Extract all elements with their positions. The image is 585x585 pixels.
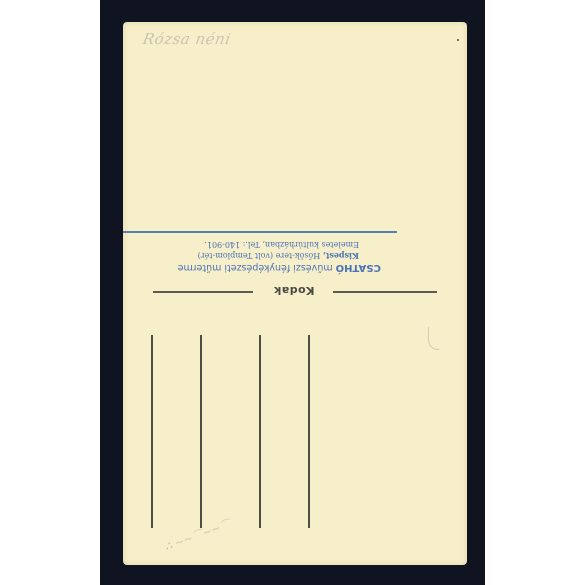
- handwritten-pencil-note: Rózsa néni: [141, 30, 232, 48]
- divider-rule-right: [333, 291, 437, 293]
- studio-description: művészi fényképészeti műterme: [178, 262, 333, 273]
- studio-name: CSATHÓ: [336, 262, 381, 273]
- stamp-line-3: Emeletes kultúrházban, Tel.: 140-901.: [151, 239, 381, 250]
- photographer-stamp: CSATHÓ művészi fényképészeti műterme Kis…: [151, 233, 381, 273]
- ink-smudge: ∴: [163, 539, 174, 554]
- address-line-4: [308, 335, 310, 528]
- address-line-3: [259, 335, 261, 528]
- address-line-2: [200, 335, 202, 528]
- stamp-city: Kispest,: [323, 251, 359, 261]
- kodak-divider: Kodak: [153, 284, 437, 300]
- divider-rule-left: [153, 291, 253, 293]
- scribble-strokes: ~~⌒~~⌒: [173, 517, 233, 549]
- stamp-line-1: CSATHÓ művészi fényképészeti műterme: [151, 261, 381, 273]
- faint-bottom-scribble: ∴ ~~⌒~~⌒: [162, 516, 233, 555]
- kodak-brand-label: Kodak: [263, 284, 325, 297]
- corner-mark: [457, 39, 459, 41]
- postcard-back: Rózsa néni CSATHÓ művészi fényképészeti …: [123, 22, 467, 565]
- stamp-address: Hősök-tere (volt Templom-tér): [198, 251, 321, 260]
- faint-pencil-mark: [428, 327, 439, 350]
- stamp-line-2: Kispest, Hősök-tere (volt Templom-tér): [151, 250, 381, 261]
- address-line-1: [151, 335, 153, 528]
